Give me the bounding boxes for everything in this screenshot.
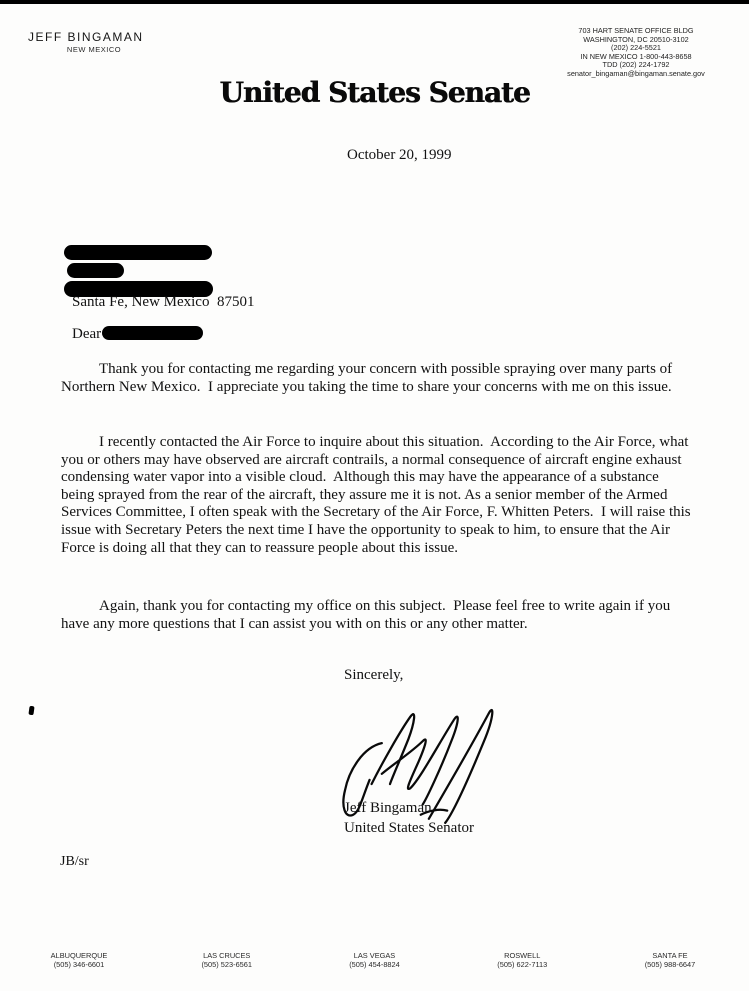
senate-office-address-block: 703 HART SENATE OFFICE BLDG WASHINGTON, … — [531, 27, 741, 79]
salutation: Dear — [72, 326, 203, 343]
footer-office-city: SANTA FE — [605, 951, 735, 960]
footer-office-city: LAS VEGAS — [310, 951, 440, 960]
signature-printed-name: Jeff Bingaman — [344, 800, 432, 817]
footer-office-phone: (505) 988-6647 — [605, 960, 735, 969]
sender-name: JEFF BINGAMAN — [28, 30, 144, 44]
redacted-recipient-name — [64, 245, 212, 260]
footer-office-phone: (505) 346-6601 — [14, 960, 144, 969]
body-paragraph: Again, thank you for contacting my offic… — [61, 598, 691, 633]
redacted-recipient-salutation — [102, 326, 203, 340]
footer-office: SANTA FE (505) 988-6647 — [605, 951, 735, 969]
letter-date: October 20, 1999 — [347, 147, 452, 164]
footer-office-phone: (505) 454-8824 — [310, 960, 440, 969]
recipient-city-line: Santa Fe, New Mexico 87501 — [72, 294, 254, 311]
footer-office: ALBUQUERQUE (505) 346-6601 — [14, 951, 144, 969]
masthead-united-states-senate: United States Senate — [0, 76, 749, 109]
scan-edge-artifact — [0, 0, 749, 4]
footer-office-city: ROSWELL — [457, 951, 587, 960]
signature-title: United States Senator — [344, 820, 474, 837]
sender-state: NEW MEXICO — [28, 45, 160, 54]
redacted-address-line — [67, 263, 124, 278]
footer-office-phone: (505) 622-7113 — [457, 960, 587, 969]
footer-office-city: ALBUQUERQUE — [14, 951, 144, 960]
footer-office: ROSWELL (505) 622-7113 — [457, 951, 587, 969]
footer-office-list: ALBUQUERQUE (505) 346-6601 LAS CRUCES (5… — [0, 951, 749, 969]
footer-office: LAS CRUCES (505) 523-6561 — [162, 951, 292, 969]
footer-office: LAS VEGAS (505) 454-8824 — [310, 951, 440, 969]
footer-office-phone: (505) 523-6561 — [162, 960, 292, 969]
footer-office-city: LAS CRUCES — [162, 951, 292, 960]
closing-sincerely: Sincerely, — [344, 667, 403, 684]
scanned-letter-page: JEFF BINGAMAN NEW MEXICO 703 HART SENATE… — [0, 0, 749, 991]
reference-initials: JB/sr — [60, 854, 89, 870]
salutation-word: Dear — [72, 326, 101, 342]
body-paragraph: I recently contacted the Air Force to in… — [61, 434, 691, 557]
scan-speck-artifact — [28, 706, 34, 716]
body-paragraph: Thank you for contacting me regarding yo… — [61, 361, 691, 396]
